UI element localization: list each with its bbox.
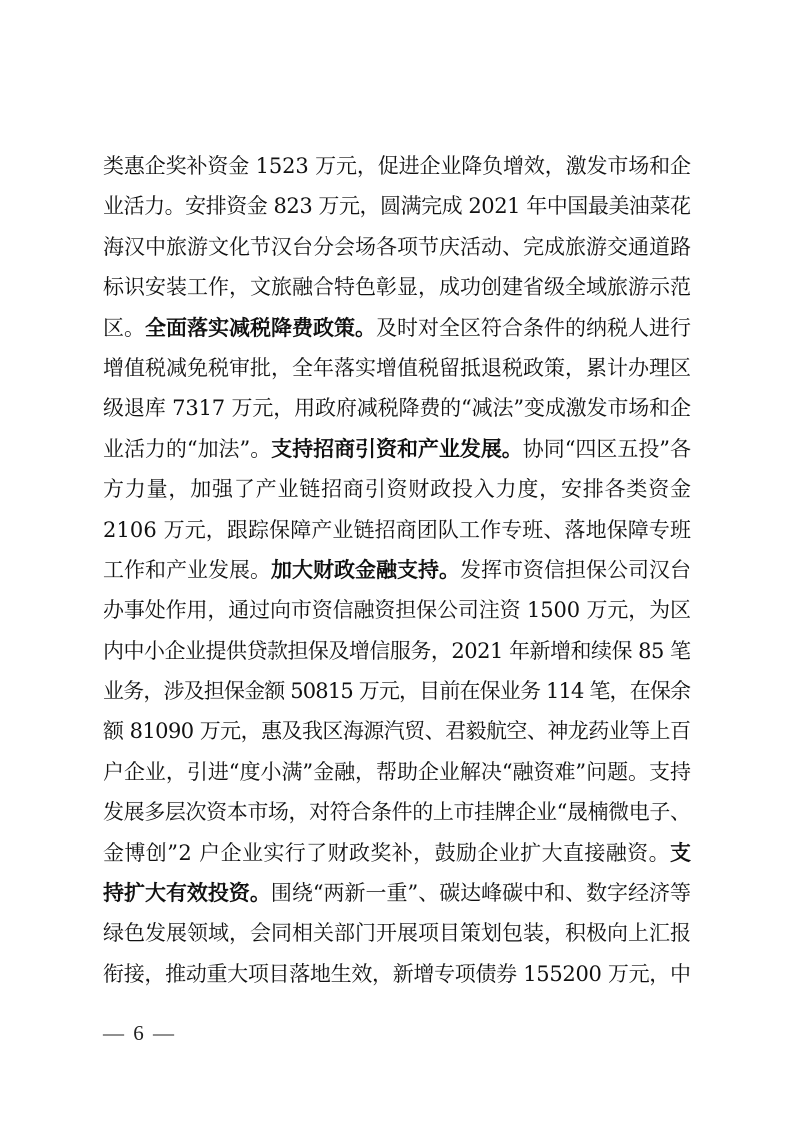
body-text-segment: 工作和产业发展。 — [103, 558, 271, 582]
body-text-segment: 业活力。安排资金 823 万元，圆满完成 2021 年中国最美油菜花 — [103, 194, 691, 218]
text-line: 类惠企奖补资金 1523 万元，促进企业降负增效，激发市场和企 — [103, 146, 721, 186]
body-text-segment: 办事处作用，通过向市资信融资担保公司注资 1500 万元，为区 — [103, 598, 691, 622]
body-text-segment: 类惠企奖补资金 1523 万元，促进企业降负增效，激发市场和企 — [103, 154, 691, 178]
bold-heading-text: 支持招商引资和产业发展。 — [271, 437, 523, 461]
text-line: 发展多层次资本市场，对符合条件的上市挂牌企业“晟楠微电子、 — [103, 792, 721, 832]
body-text-segment: 户企业，引进“度小满”金融，帮助企业解决“融资难”问题。支持 — [103, 760, 691, 784]
page-number: — 6 — — [103, 1021, 176, 1046]
bold-heading-text: 加大财政金融支持。 — [271, 558, 460, 582]
text-line: 户企业，引进“度小满”金融，帮助企业解决“融资难”问题。支持 — [103, 752, 721, 792]
body-text-segment: 增值税减免税审批，全年落实增值税留抵退税政策，累计办理区 — [103, 356, 691, 380]
body-text-segment: 发展多层次资本市场，对符合条件的上市挂牌企业“晟楠微电子、 — [103, 800, 691, 824]
body-text-segment: 级退库 7317 万元，用政府减税降费的“减法”变成激发市场和企 — [103, 396, 691, 420]
text-line: 内中小企业提供贷款担保及增信服务，2021 年新增和续保 85 笔 — [103, 631, 721, 671]
text-line: 业活力的“加法”。支持招商引资和产业发展。协同“四区五投”各 — [103, 429, 721, 469]
text-line: 业活力。安排资金 823 万元，圆满完成 2021 年中国最美油菜花 — [103, 186, 721, 226]
body-text-segment: 绿色发展领域，会同相关部门开展项目策划包装，积极向上汇报 — [103, 921, 691, 945]
body-text-segment: 衔接，推动重大项目落地生效，新增专项债券 155200 万元，中 — [103, 962, 691, 986]
body-text-segment: 2106 万元，跟踪保障产业链招商团队工作专班、落地保障专班 — [103, 518, 691, 542]
body-text-segment: 围绕“两新一重”、碳达峰碳中和、数字经济等 — [271, 881, 691, 905]
text-line: 增值税减免税审批，全年落实增值税留抵退税政策，累计办理区 — [103, 348, 721, 388]
text-line: 额 81090 万元，惠及我区海源汽贸、君毅航空、神龙药业等上百 — [103, 711, 721, 751]
body-text-segment: 区。 — [103, 316, 145, 340]
body-text-segment: 金博创”2 户企业实行了财政奖补，鼓励企业扩大直接融资。 — [103, 841, 670, 865]
text-line: 办事处作用，通过向市资信融资担保公司注资 1500 万元，为区 — [103, 590, 721, 630]
bold-heading-text: 全面落实减税降费政策。 — [145, 316, 376, 340]
body-text-segment: 发挥市资信担保公司汉台 — [460, 558, 691, 582]
body-text-segment: 方力量，加强了产业链招商引资财政投入力度，安排各类资金 — [103, 477, 692, 501]
body-text-segment: 内中小企业提供贷款担保及增信服务，2021 年新增和续保 85 笔 — [103, 639, 690, 663]
text-line: 2106 万元，跟踪保障产业链招商团队工作专班、落地保障专班 — [103, 510, 721, 550]
body-text-segment: 业活力的“加法”。 — [103, 437, 271, 461]
text-line: 区。全面落实减税降费政策。及时对全区符合条件的纳税人进行 — [103, 308, 721, 348]
document-page: 类惠企奖补资金 1523 万元，促进企业降负增效，激发市场和企业活力。安排资金 … — [0, 0, 793, 1122]
text-line: 工作和产业发展。加大财政金融支持。发挥市资信担保公司汉台 — [103, 550, 721, 590]
body-text-segment: 业务，涉及担保金额 50815 万元，目前在保业务 114 笔，在保余 — [103, 679, 690, 703]
bold-heading-text: 持扩大有效投资。 — [103, 881, 271, 905]
bold-heading-text: 支 — [670, 841, 691, 865]
text-line: 级退库 7317 万元，用政府减税降费的“减法”变成激发市场和企 — [103, 388, 721, 428]
text-line: 方力量，加强了产业链招商引资财政投入力度，安排各类资金 — [103, 469, 721, 509]
text-line: 业务，涉及担保金额 50815 万元，目前在保业务 114 笔，在保余 — [103, 671, 721, 711]
text-line: 绿色发展领域，会同相关部门开展项目策划包装，积极向上汇报 — [103, 913, 721, 953]
body-text-segment: 海汉中旅游文化节汉台分会场各项节庆活动、完成旅游交通道路 — [103, 235, 691, 259]
text-line: 标识安装工作，文旅融合特色彰显，成功创建省级全域旅游示范 — [103, 267, 721, 307]
text-line: 持扩大有效投资。围绕“两新一重”、碳达峰碳中和、数字经济等 — [103, 873, 721, 913]
body-text-segment: 及时对全区符合条件的纳税人进行 — [376, 316, 691, 340]
text-line: 衔接，推动重大项目落地生效，新增专项债券 155200 万元，中 — [103, 954, 721, 994]
text-line: 金博创”2 户企业实行了财政奖补，鼓励企业扩大直接融资。支 — [103, 833, 721, 873]
body-text-segment: 协同“四区五投”各 — [523, 437, 691, 461]
body-text: 类惠企奖补资金 1523 万元，促进企业降负增效，激发市场和企业活力。安排资金 … — [103, 146, 691, 994]
text-line: 海汉中旅游文化节汉台分会场各项节庆活动、完成旅游交通道路 — [103, 227, 721, 267]
body-text-segment: 额 81090 万元，惠及我区海源汽贸、君毅航空、神龙药业等上百 — [103, 719, 690, 743]
body-text-segment: 标识安装工作，文旅融合特色彰显，成功创建省级全域旅游示范 — [103, 275, 691, 299]
